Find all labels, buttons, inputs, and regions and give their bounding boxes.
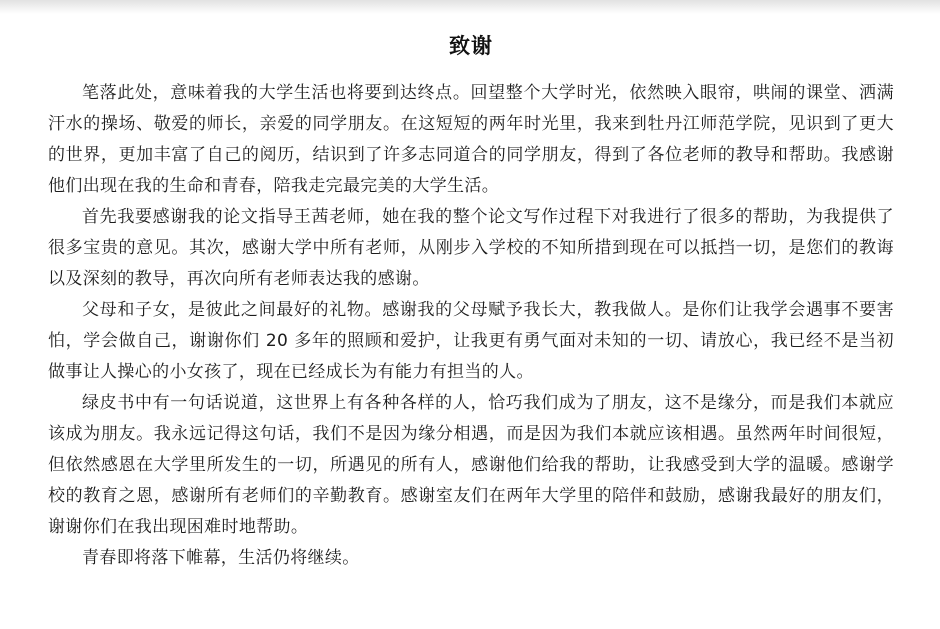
top-edge-shadow xyxy=(0,0,940,14)
paragraph-friends: 绿皮书中有一句话说道，这世界上有各种各样的人，恰巧我们成为了朋友，这不是缘分，而… xyxy=(48,388,894,543)
page-title: 致谢 xyxy=(48,28,894,64)
paragraph-intro: 笔落此处，意味着我的大学生活也将要到达终点。回望整个大学时光，依然映入眼帘，哄闹… xyxy=(48,78,894,202)
paragraph-teachers: 首先我要感谢我的论文指导王茜老师，她在我的整个论文写作过程下对我进行了很多的帮助… xyxy=(48,202,894,295)
paragraph-closing: 青春即将落下帷幕，生活仍将继续。 xyxy=(48,543,894,574)
acknowledgements-page: 致谢 笔落此处，意味着我的大学生活也将要到达终点。回望整个大学时光，依然映入眼帘… xyxy=(48,28,894,574)
paragraph-parents: 父母和子女，是彼此之间最好的礼物。感谢我的父母赋予我长大，教我做人。是你们让我学… xyxy=(48,295,894,388)
